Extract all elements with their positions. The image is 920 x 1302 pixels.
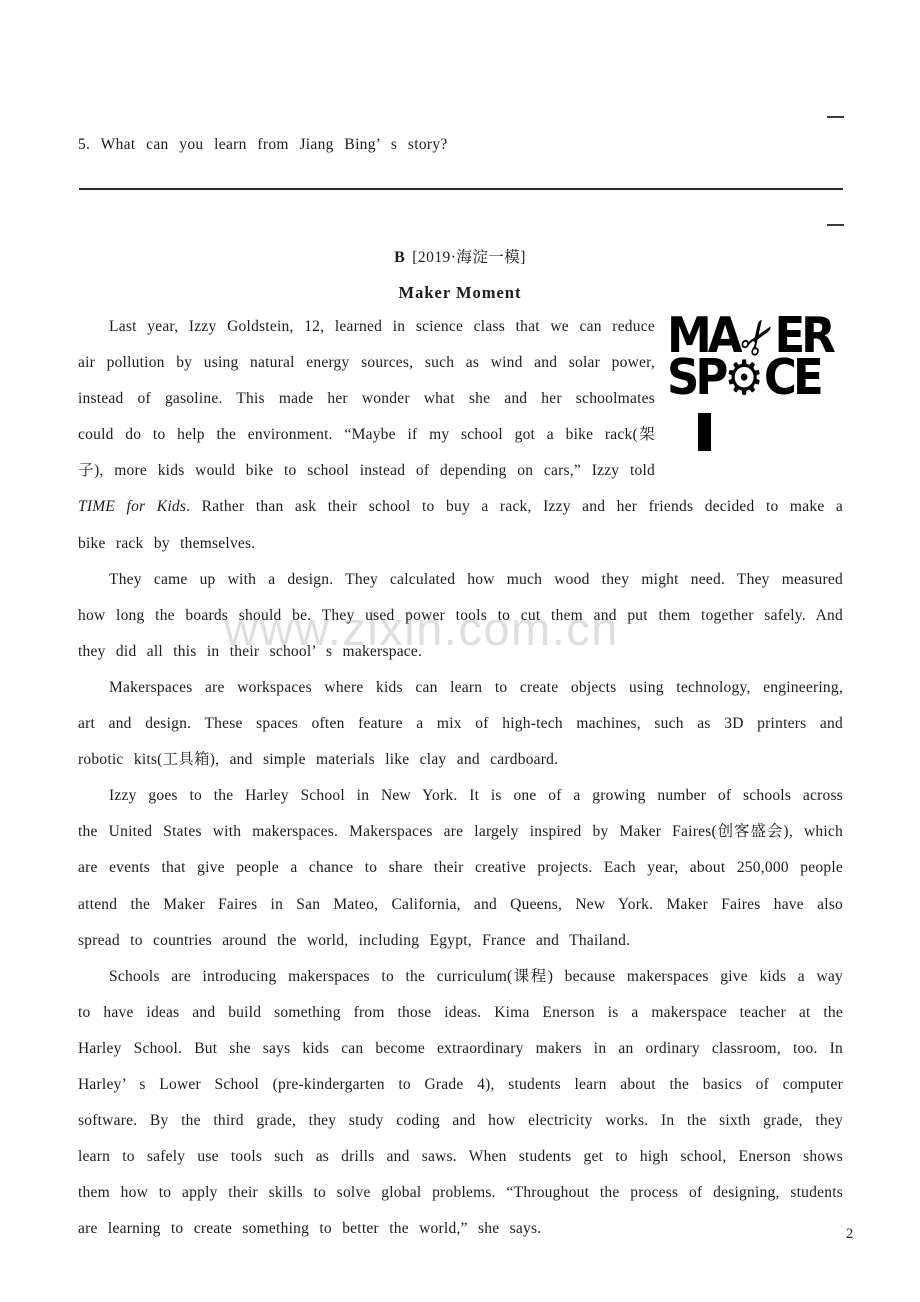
logo-letters: CE — [764, 349, 820, 406]
paragraph-3: Makerspaces are workspaces where kids ca… — [78, 670, 843, 778]
passage-section-label: B — [394, 249, 405, 266]
paragraph-1-text: Last year, Izzy Goldstein, 12, learned i… — [78, 318, 655, 479]
passage-source-ref: [2019·海淀一模] — [412, 249, 526, 266]
margin-dash-top — [827, 116, 844, 118]
answer-blank-line[interactable] — [79, 188, 843, 190]
question-5: 5. What can you learn from Jiang Bing’ s… — [78, 136, 858, 154]
makerspace-logo-text: MA✂ER SP⚙CE — [667, 313, 843, 398]
document-page: 5. What can you learn from Jiang Bing’ s… — [0, 0, 920, 1302]
gear-icon: ⚙ — [724, 356, 764, 401]
logo-letters: SP — [667, 349, 724, 406]
paragraph-1-text-end: . Rather than ask their school to buy a … — [78, 498, 843, 551]
paragraph-5: Schools are introducing makerspaces to t… — [78, 959, 843, 1248]
makerspace-logo: MA✂ER SP⚙CE — [665, 309, 843, 455]
question-5-text: 5. What can you learn from Jiang Bing’ s… — [78, 136, 448, 153]
page-number: 2 — [846, 1226, 853, 1243]
magazine-title-italic: TIME for Kids — [78, 498, 186, 515]
passage-body: MA✂ER SP⚙CE Last year, Izzy Goldstein, 1… — [78, 309, 843, 1247]
paragraph-4: Izzy goes to the Harley School in New Yo… — [78, 778, 843, 958]
paragraph-1: MA✂ER SP⚙CE Last year, Izzy Goldstein, 1… — [78, 309, 843, 562]
logo-magnifier-handle — [698, 413, 711, 451]
margin-dash-middle — [827, 224, 844, 226]
paragraph-2: They came up with a design. They calcula… — [78, 562, 843, 670]
logo-line-space: SP⚙CE — [667, 355, 843, 401]
passage-title: Maker Moment — [0, 283, 920, 303]
passage-header: B[2019·海淀一模] — [0, 245, 920, 267]
